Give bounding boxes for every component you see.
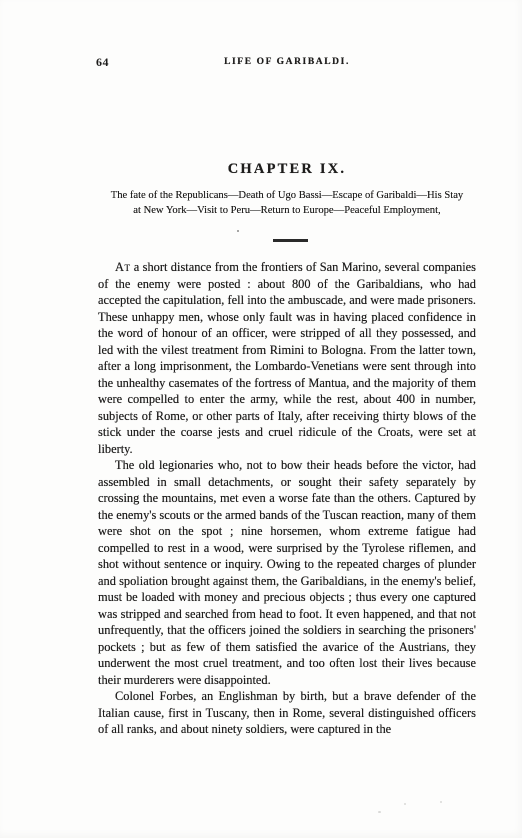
chapter-summary: The fate of the Republicans—Death of Ugo… [86, 188, 488, 218]
print-speck [237, 230, 239, 232]
print-speck [378, 811, 381, 813]
paragraph-lead-caps: At [115, 260, 130, 274]
running-header: 64 LIFE OF GARIBALDI. [98, 55, 476, 69]
body-text: At a short distance from the frontiers o… [98, 259, 476, 738]
book-page: 64 LIFE OF GARIBALDI. CHAPTER IX. The fa… [0, 0, 522, 838]
chapter-heading: CHAPTER IX. [98, 161, 476, 178]
paragraph-text: a short distance from the frontiers of S… [98, 260, 476, 456]
paragraph-text: The old legionaries who, not to bow thei… [98, 458, 476, 687]
paragraph: At a short distance from the frontiers o… [98, 259, 476, 457]
paragraph: Colonel Forbes, an Englishman by birth, … [98, 688, 476, 738]
paragraph: The old legionaries who, not to bow thei… [98, 457, 476, 688]
chapter-summary-line-2: at New York—Visit to Peru—Return to Euro… [86, 203, 488, 218]
running-title: LIFE OF GARIBALDI. [98, 57, 476, 67]
print-speck [440, 801, 442, 803]
chapter-summary-line-1: The fate of the Republicans—Death of Ugo… [86, 188, 488, 203]
paragraph-text: Colonel Forbes, an Englishman by birth, … [98, 689, 476, 736]
print-speck [404, 803, 406, 805]
section-divider-rule [273, 239, 308, 242]
